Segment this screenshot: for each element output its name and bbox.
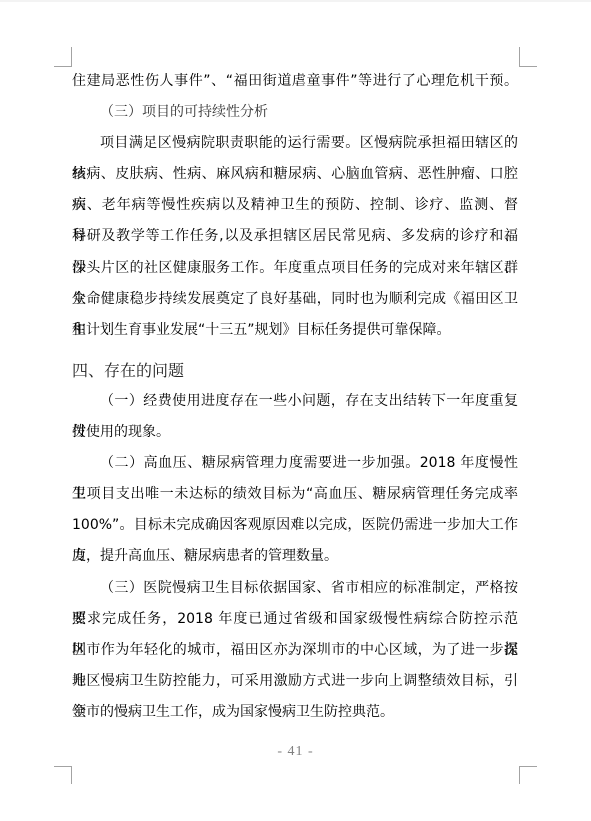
problem-item-1: （一）经费使用进度存在一些小问题，存在支出结转下一年度重复拨 付使用的现象。 bbox=[72, 386, 518, 448]
text-line: 核病、皮肤病、性病、麻风病和糖尿病、心脑血管病、恶性肿瘤、口腔疾 bbox=[72, 159, 518, 190]
text-line: 和计划生育事业发展“十三五”规划》目标任务提供可靠保障。 bbox=[72, 315, 518, 346]
text-line: （二）高血压、糖尿病管理力度需要进一步加强。2018 年度慢性卫 bbox=[72, 448, 518, 479]
text-line: 生命健康稳步持续发展奠定了良好基础，同时也为顺利完成《福田区卫生 bbox=[72, 284, 518, 315]
viewer-top-edge bbox=[0, 0, 591, 2]
text-line: 圳市作为年轻化的城市，福田区亦为深圳市的中心区域，为了进一步提升 bbox=[72, 635, 518, 666]
text-line: 沙头片区的社区健康服务工作。年度重点项目任务的完成对来年辖区群众 bbox=[72, 253, 518, 284]
sustainability-paragraph: 项目满足区慢病院职责职能的运行需要。区慢病院承担福田辖区的结 核病、皮肤病、性病… bbox=[72, 128, 518, 346]
page-number: - 41 - bbox=[0, 744, 591, 760]
text-line: 度，提升高血压、糖尿病患者的管理数量。 bbox=[72, 541, 518, 572]
text-line: 付使用的现象。 bbox=[72, 417, 518, 448]
text-line: 生项目支出唯一未达标的绩效目标为“高血压、糖尿病管理任务完成率 bbox=[72, 479, 518, 510]
text-line: 100%”。目标未完成确因客观原因难以完成，医院仍需进一步加大工作力 bbox=[72, 510, 518, 541]
text-line: 地区慢病卫生防控能力，可采用激励方式进一步向上调整绩效目标，引领 bbox=[72, 666, 518, 697]
continued-paragraph: 住建局恶性伤人事件”、“福田街道虐童事件”等进行了心理危机干预。 bbox=[72, 66, 518, 97]
document-body: 住建局恶性伤人事件”、“福田街道虐童事件”等进行了心理危机干预。 （三）项目的可… bbox=[72, 66, 518, 728]
text-line: 要求完成任务，2018 年度已通过省级和国家级慢性病综合防控示范区。深 bbox=[72, 604, 518, 635]
problem-item-3: （三）医院慢病卫生目标依据国家、省市相应的标准制定，严格按照 要求完成任务，20… bbox=[72, 573, 518, 728]
text-line: （一）经费使用进度存在一些小问题，存在支出结转下一年度重复拨 bbox=[72, 386, 518, 417]
text-line: 住建局恶性伤人事件”、“福田街道虐童事件”等进行了心理危机干预。 bbox=[72, 66, 518, 97]
text-line: 病、老年病等慢性疾病以及精神卫生的预防、控制、诊疗、监测、督导、 bbox=[72, 190, 518, 221]
problem-item-2: （二）高血压、糖尿病管理力度需要进一步加强。2018 年度慢性卫 生项目支出唯一… bbox=[72, 448, 518, 572]
text-line: 科研及教学等工作任务,以及承担辖区居民常见病、多发病的诊疗和福保、 bbox=[72, 221, 518, 252]
section-heading: 四、存在的问题 bbox=[72, 355, 518, 386]
text-line: 项目满足区慢病院职责职能的运行需要。区慢病院承担福田辖区的结 bbox=[72, 128, 518, 159]
text-line: （三）医院慢病卫生目标依据国家、省市相应的标准制定，严格按照 bbox=[72, 573, 518, 604]
text-line: 全市的慢病卫生工作，成为国家慢病卫生防控典范。 bbox=[72, 697, 518, 728]
subsection-heading: （三）项目的可持续性分析 bbox=[72, 97, 518, 128]
